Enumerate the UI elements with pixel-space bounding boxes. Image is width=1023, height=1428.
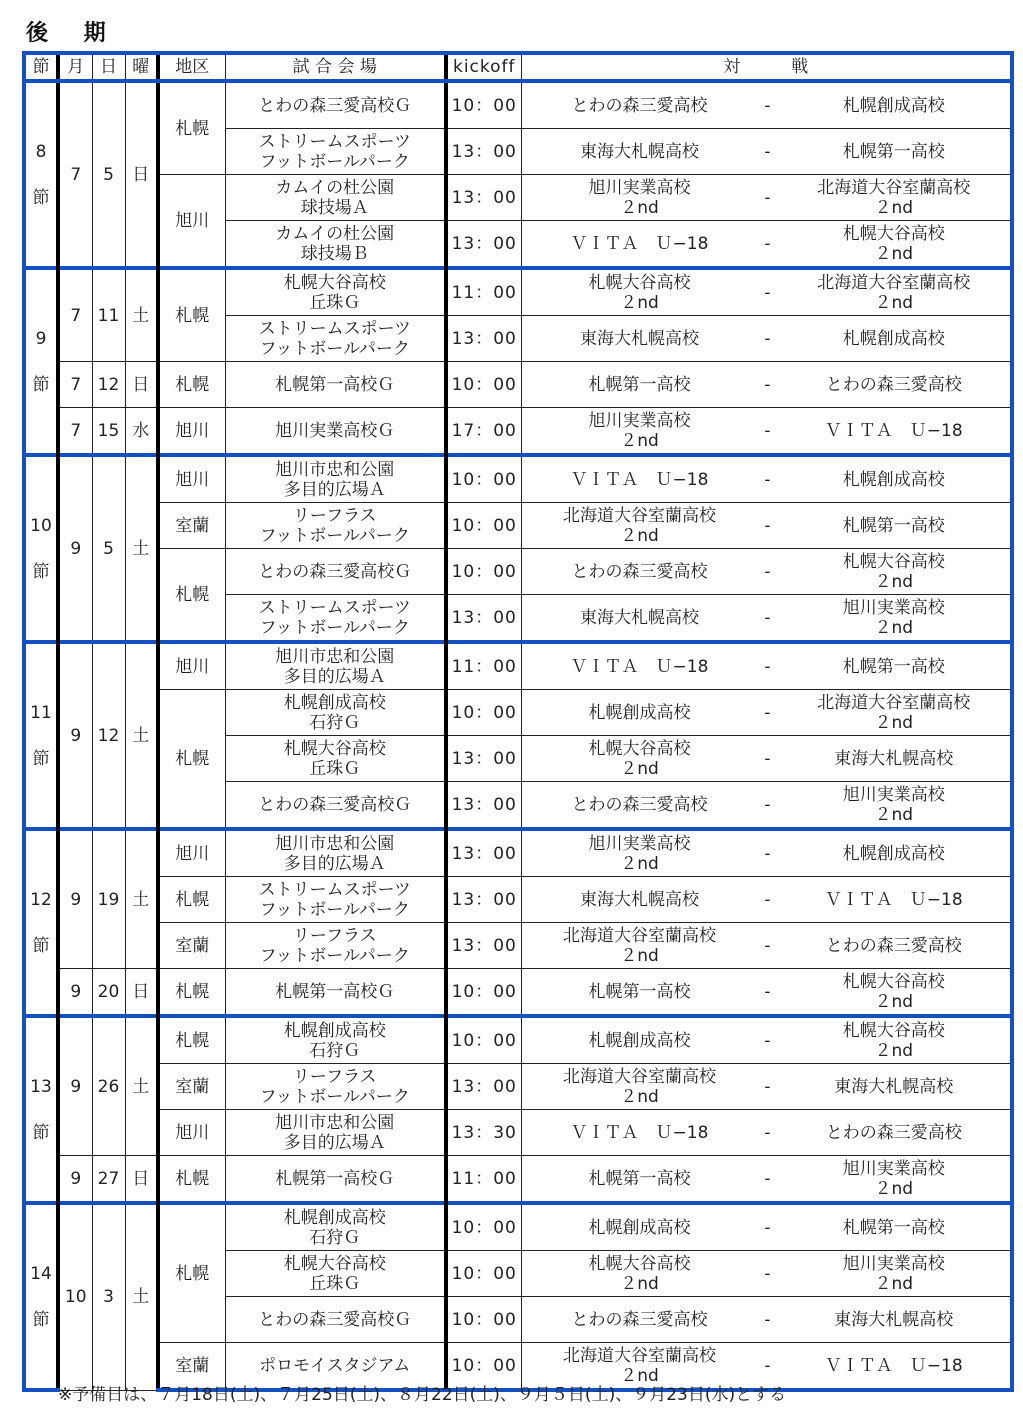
text-line: 札幌大谷高校 [778, 1021, 1011, 1041]
area-cell: 札幌 [158, 1016, 225, 1064]
match-row: 札幌とわの森三愛高校Ｇ10：00 とわの森三愛高校 - 札幌大谷高校２nd [24, 549, 1012, 595]
text-line: とわの森三愛高校Ｇ [226, 1310, 445, 1330]
day-cell: 3 [92, 1203, 125, 1390]
text-line: 札幌大谷高校 [778, 972, 1011, 992]
venue-cell: 札幌創成高校石狩Ｇ [225, 1203, 446, 1251]
area-cell: 札幌 [158, 877, 225, 923]
area-cell: 札幌 [158, 690, 225, 830]
dow-cell: 土 [125, 455, 158, 642]
text-line: ２nd [778, 198, 1011, 218]
text-line: 旭川市忠和公園 [226, 460, 445, 480]
dow-cell: 日 [125, 1156, 158, 1204]
match-cell: ＶＩＴＡ Ｕ−18 - とわの森三愛高校 [521, 1110, 1012, 1156]
versus-dash: - [758, 844, 778, 864]
home-team: 北海道大谷室蘭高校２nd [522, 1067, 758, 1107]
dow-cell: 日 [125, 969, 158, 1017]
text-line: ２nd [522, 198, 758, 218]
venue-cell: リーフラスフットボールパーク [225, 1064, 446, 1110]
text-line: 札幌第一高校 [778, 142, 1011, 162]
setsu-cell: 8節 [24, 81, 58, 268]
venue-cell: カムイの杜公園球技場Ａ [225, 175, 446, 221]
versus-dash: - [758, 516, 778, 536]
header-row: 節 月 日 曜 地区 試 合 会 場 kickoff 対 戦 [24, 53, 1012, 81]
text-line: ２nd [778, 293, 1011, 313]
match-cell: ＶＩＴＡ Ｕ−18 - 札幌第一高校 [521, 642, 1012, 690]
header-match: 対 戦 [521, 53, 1012, 81]
area-cell: 旭川 [158, 408, 225, 456]
versus-dash: - [758, 562, 778, 582]
setsu-cell: 10節 [24, 455, 58, 642]
match-cell: とわの森三愛高校 - 札幌創成高校 [521, 81, 1012, 129]
versus-dash: - [758, 1031, 778, 1051]
match-cell: 東海大札幌高校 - 旭川実業高校２nd [521, 595, 1012, 643]
text-line: 石狩Ｇ [226, 1041, 445, 1061]
text-line: フットボールパーク [226, 618, 445, 638]
kickoff-cell: 13：00 [446, 175, 521, 221]
text-line: 丘珠Ｇ [226, 1274, 445, 1294]
match-cell: 札幌大谷高校２nd - 北海道大谷室蘭高校２nd [521, 268, 1012, 316]
text-line: ２nd [522, 1274, 758, 1294]
home-team: 旭川実業高校２nd [522, 834, 758, 874]
match-row: 8節75日札幌とわの森三愛高校Ｇ10：00 とわの森三愛高校 - 札幌創成高校 [24, 81, 1012, 129]
text-line: ＶＩＴＡ Ｕ−18 [522, 657, 758, 677]
text-line: 旭川市忠和公園 [226, 834, 445, 854]
setsu-label: 節 [26, 562, 56, 582]
away-team: 札幌大谷高校２nd [778, 1021, 1011, 1061]
setsu-number: 9 [26, 329, 56, 349]
text-line: とわの森三愛高校 [778, 375, 1011, 395]
kickoff-cell: 11：00 [446, 1156, 521, 1204]
text-line: とわの森三愛高校 [522, 1310, 758, 1330]
kickoff-cell: 13：00 [446, 129, 521, 175]
venue-cell: 旭川市忠和公園多目的広場Ａ [225, 1110, 446, 1156]
text-line: フットボールパーク [226, 946, 445, 966]
venue-cell: 旭川実業高校Ｇ [225, 408, 446, 456]
versus-dash: - [758, 234, 778, 254]
text-line: ２nd [522, 293, 758, 313]
versus-dash: - [758, 96, 778, 116]
away-team: 札幌第一高校 [778, 657, 1011, 677]
away-team: 札幌第一高校 [778, 1218, 1011, 1238]
text-line: とわの森三愛高校 [522, 96, 758, 116]
text-line: ＶＩＴＡ Ｕ−18 [778, 421, 1011, 441]
text-line: 北海道大谷室蘭高校 [522, 1067, 758, 1087]
text-line: カムイの杜公園 [226, 224, 445, 244]
kickoff-cell: 10：00 [446, 1251, 521, 1297]
home-team: 北海道大谷室蘭高校２nd [522, 926, 758, 966]
kickoff-cell: 13：00 [446, 221, 521, 269]
text-line: 札幌第一高校 [522, 982, 758, 1002]
text-line: 多目的広場Ａ [226, 854, 445, 874]
day-cell: 5 [92, 455, 125, 642]
month-cell: 7 [58, 408, 92, 456]
text-line: 東海大札幌高校 [522, 329, 758, 349]
versus-dash: - [758, 1356, 778, 1376]
text-line: リーフラス [226, 926, 445, 946]
versus-dash: - [758, 283, 778, 303]
kickoff-cell: 10：00 [446, 81, 521, 129]
text-line: 旭川実業高校Ｇ [226, 421, 445, 441]
text-line: ２nd [522, 1087, 758, 1107]
venue-cell: とわの森三愛高校Ｇ [225, 782, 446, 830]
home-team: 札幌第一高校 [522, 1169, 758, 1189]
home-team: ＶＩＴＡ Ｕ−18 [522, 470, 758, 490]
away-team: 旭川実業高校２nd [778, 785, 1011, 825]
match-row: 11節912土旭川旭川市忠和公園多目的広場Ａ11：00 ＶＩＴＡ Ｕ−18 - … [24, 642, 1012, 690]
setsu-label: 節 [26, 1310, 56, 1330]
text-line: 札幌大谷高校 [778, 552, 1011, 572]
text-line: 札幌創成高校 [226, 1021, 445, 1041]
away-team: 札幌創成高校 [778, 96, 1011, 116]
home-team: とわの森三愛高校 [522, 96, 758, 116]
venue-cell: 札幌大谷高校丘珠Ｇ [225, 736, 446, 782]
text-line: 札幌第一高校 [522, 375, 758, 395]
match-row: 712日札幌札幌第一高校Ｇ10：00 札幌第一高校 - とわの森三愛高校 [24, 362, 1012, 408]
versus-dash: - [758, 375, 778, 395]
area-cell: 札幌 [158, 1156, 225, 1204]
kickoff-cell: 10：00 [446, 1297, 521, 1343]
text-line: 札幌第一高校Ｇ [226, 375, 445, 395]
versus-dash: - [758, 795, 778, 815]
text-line: とわの森三愛高校 [522, 795, 758, 815]
kickoff-cell: 17：00 [446, 408, 521, 456]
kickoff-cell: 10：00 [446, 503, 521, 549]
dow-cell: 土 [125, 829, 158, 969]
area-cell: 室蘭 [158, 1064, 225, 1110]
text-line: 東海大札幌高校 [778, 1077, 1011, 1097]
match-cell: ＶＩＴＡ Ｕ−18 - 札幌創成高校 [521, 455, 1012, 503]
versus-dash: - [758, 890, 778, 910]
text-line: リーフラス [226, 506, 445, 526]
text-line: 球技場Ａ [226, 198, 445, 218]
text-line: 球技場Ｂ [226, 244, 445, 264]
match-row: 室蘭リーフラスフットボールパーク13：00 北海道大谷室蘭高校２nd - とわの… [24, 923, 1012, 969]
text-line: 札幌創成高校 [226, 693, 445, 713]
setsu-cell: 13節 [24, 1016, 58, 1203]
match-cell: 東海大札幌高校 - 札幌創成高校 [521, 316, 1012, 362]
venue-cell: とわの森三愛高校Ｇ [225, 81, 446, 129]
area-cell: 旭川 [158, 829, 225, 877]
kickoff-cell: 13：00 [446, 923, 521, 969]
versus-dash: - [758, 1218, 778, 1238]
setsu-label: 節 [26, 936, 56, 956]
setsu-cell: 9節 [24, 268, 58, 455]
setsu-label: 節 [26, 749, 56, 769]
dow-cell: 土 [125, 1203, 158, 1390]
versus-dash: - [758, 936, 778, 956]
text-line: フットボールパーク [226, 339, 445, 359]
dow-cell: 日 [125, 81, 158, 268]
match-row: 札幌札幌創成高校石狩Ｇ10：00 札幌創成高校 - 北海道大谷室蘭高校２nd [24, 690, 1012, 736]
kickoff-cell: 11：00 [446, 642, 521, 690]
text-line: カムイの杜公園 [226, 178, 445, 198]
away-team: 旭川実業高校２nd [778, 1254, 1011, 1294]
home-team: とわの森三愛高校 [522, 795, 758, 815]
text-line: とわの森三愛高校Ｇ [226, 562, 445, 582]
versus-dash: - [758, 1310, 778, 1330]
home-team: 東海大札幌高校 [522, 142, 758, 162]
area-cell: 札幌 [158, 268, 225, 362]
setsu-label: 節 [26, 1123, 56, 1143]
text-line: とわの森三愛高校Ｇ [226, 795, 445, 815]
month-cell: 9 [58, 1016, 92, 1156]
text-line: ＶＩＴＡ Ｕ−18 [522, 1123, 758, 1143]
header-dow: 曜 [125, 53, 158, 81]
venue-cell: とわの森三愛高校Ｇ [225, 549, 446, 595]
dow-cell: 土 [125, 642, 158, 829]
match-row: 13節926土札幌札幌創成高校石狩Ｇ10：00 札幌創成高校 - 札幌大谷高校２… [24, 1016, 1012, 1064]
match-row: 9節711土札幌札幌大谷高校丘珠Ｇ11：00 札幌大谷高校２nd - 北海道大谷… [24, 268, 1012, 316]
kickoff-cell: 13：00 [446, 1064, 521, 1110]
text-line: フットボールパーク [226, 900, 445, 920]
match-row: 12節919土旭川旭川市忠和公園多目的広場Ａ13：00 旭川実業高校２nd - … [24, 829, 1012, 877]
text-line: 東海大札幌高校 [778, 1310, 1011, 1330]
match-row: 室蘭リーフラスフットボールパーク10：00 北海道大谷室蘭高校２nd - 札幌第… [24, 503, 1012, 549]
header-month: 月 [58, 53, 92, 81]
text-line: ２nd [522, 759, 758, 779]
text-line: ２nd [522, 946, 758, 966]
header-setsu: 節 [24, 53, 58, 81]
venue-cell: ストリームスポーツフットボールパーク [225, 877, 446, 923]
kickoff-cell: 13：30 [446, 1110, 521, 1156]
month-cell: 9 [58, 642, 92, 829]
text-line: 札幌大谷高校 [522, 273, 758, 293]
text-line: 北海道大谷室蘭高校 [522, 506, 758, 526]
away-team: 東海大札幌高校 [778, 1310, 1011, 1330]
text-line: 札幌創成高校 [778, 844, 1011, 864]
day-cell: 15 [92, 408, 125, 456]
dow-cell: 土 [125, 268, 158, 362]
header-area: 地区 [158, 53, 225, 81]
text-line: ２nd [778, 1041, 1011, 1061]
venue-cell: リーフラスフットボールパーク [225, 923, 446, 969]
home-team: 旭川実業高校２nd [522, 178, 758, 218]
setsu-label: 節 [26, 188, 56, 208]
text-line: 札幌大谷高校 [226, 1254, 445, 1274]
text-line: 札幌第一高校Ｇ [226, 982, 445, 1002]
kickoff-cell: 10：00 [446, 1016, 521, 1064]
venue-cell: 札幌創成高校石狩Ｇ [225, 1016, 446, 1064]
text-line: ストリームスポーツ [226, 132, 445, 152]
header-day: 日 [92, 53, 125, 81]
text-line: ２nd [522, 431, 758, 451]
home-team: 札幌創成高校 [522, 703, 758, 723]
text-line: ２nd [778, 992, 1011, 1012]
match-row: 927日札幌札幌第一高校Ｇ11：00 札幌第一高校 - 旭川実業高校２nd [24, 1156, 1012, 1204]
schedule-body: 8節75日札幌とわの森三愛高校Ｇ10：00 とわの森三愛高校 - 札幌創成高校 … [24, 81, 1012, 1390]
home-team: 東海大札幌高校 [522, 890, 758, 910]
venue-cell: 札幌第一高校Ｇ [225, 362, 446, 408]
kickoff-cell: 13：00 [446, 595, 521, 643]
setsu-number: 12 [26, 890, 56, 910]
dow-cell: 日 [125, 362, 158, 408]
text-line: ２nd [778, 618, 1011, 638]
month-cell: 9 [58, 969, 92, 1017]
away-team: 北海道大谷室蘭高校２nd [778, 178, 1011, 218]
match-cell: 札幌創成高校 - 北海道大谷室蘭高校２nd [521, 690, 1012, 736]
text-line: ストリームスポーツ [226, 598, 445, 618]
area-cell: 旭川 [158, 175, 225, 269]
text-line: 旭川市忠和公園 [226, 647, 445, 667]
match-cell: とわの森三愛高校 - 旭川実業高校２nd [521, 782, 1012, 830]
venue-cell: 札幌創成高校石狩Ｇ [225, 690, 446, 736]
versus-dash: - [758, 982, 778, 1002]
away-team: 札幌大谷高校２nd [778, 224, 1011, 264]
month-cell: 9 [58, 1156, 92, 1204]
text-line: リーフラス [226, 1067, 445, 1087]
area-cell: 室蘭 [158, 503, 225, 549]
month-cell: 9 [58, 455, 92, 642]
versus-dash: - [758, 421, 778, 441]
match-cell: 旭川実業高校２nd - 北海道大谷室蘭高校２nd [521, 175, 1012, 221]
home-team: 旭川実業高校２nd [522, 411, 758, 451]
away-team: 札幌第一高校 [778, 516, 1011, 536]
venue-cell: ストリームスポーツフットボールパーク [225, 316, 446, 362]
setsu-cell: 12節 [24, 829, 58, 1016]
month-cell: 10 [58, 1203, 92, 1390]
versus-dash: - [758, 1169, 778, 1189]
text-line: 旭川実業高校 [522, 411, 758, 431]
home-team: 北海道大谷室蘭高校２nd [522, 506, 758, 546]
text-line: 札幌創成高校 [778, 470, 1011, 490]
text-line: 旭川実業高校 [778, 1254, 1011, 1274]
area-cell: 旭川 [158, 455, 225, 503]
match-row: 旭川カムイの杜公園球技場Ａ13：00 旭川実業高校２nd - 北海道大谷室蘭高校… [24, 175, 1012, 221]
text-line: 旭川実業高校 [522, 834, 758, 854]
match-row: 715水旭川旭川実業高校Ｇ17：00 旭川実業高校２nd - ＶＩＴＡ Ｕ−18 [24, 408, 1012, 456]
month-cell: 7 [58, 268, 92, 362]
versus-dash: - [758, 1123, 778, 1143]
text-line: ２nd [522, 854, 758, 874]
setsu-cell: 11節 [24, 642, 58, 829]
text-line: ２nd [778, 244, 1011, 264]
text-line: 東海大札幌高校 [778, 749, 1011, 769]
home-team: ＶＩＴＡ Ｕ−18 [522, 234, 758, 254]
text-line: とわの森三愛高校Ｇ [226, 96, 445, 116]
setsu-number: 14 [26, 1264, 56, 1284]
kickoff-cell: 10：00 [446, 549, 521, 595]
text-line: ポロモイスタジアム [226, 1356, 445, 1376]
home-team: 札幌大谷高校２nd [522, 1254, 758, 1294]
match-row: 10節95土旭川旭川市忠和公園多目的広場Ａ10：00 ＶＩＴＡ Ｕ−18 - 札… [24, 455, 1012, 503]
home-team: 札幌創成高校 [522, 1031, 758, 1051]
text-line: ストリームスポーツ [226, 880, 445, 900]
match-cell: 東海大札幌高校 - ＶＩＴＡ Ｕ−18 [521, 877, 1012, 923]
area-cell: 札幌 [158, 969, 225, 1017]
text-line: 多目的広場Ａ [226, 667, 445, 687]
area-cell: 札幌 [158, 549, 225, 643]
away-team: 旭川実業高校２nd [778, 1159, 1011, 1199]
home-team: 札幌第一高校 [522, 982, 758, 1002]
text-line: 北海道大谷室蘭高校 [778, 693, 1011, 713]
home-team: 札幌大谷高校２nd [522, 273, 758, 313]
away-team: 旭川実業高校２nd [778, 598, 1011, 638]
match-row: 旭川旭川市忠和公園多目的広場Ａ13：30 ＶＩＴＡ Ｕ−18 - とわの森三愛高… [24, 1110, 1012, 1156]
kickoff-cell: 10：00 [446, 362, 521, 408]
venue-cell: 札幌大谷高校丘珠Ｇ [225, 268, 446, 316]
versus-dash: - [758, 1077, 778, 1097]
text-line: ２nd [778, 1274, 1011, 1294]
text-line: 東海大札幌高校 [522, 608, 758, 628]
dow-cell: 土 [125, 1016, 158, 1156]
text-line: フットボールパーク [226, 526, 445, 546]
text-line: 北海道大谷室蘭高校 [778, 273, 1011, 293]
text-line: 北海道大谷室蘭高校 [522, 1346, 758, 1366]
kickoff-cell: 13：00 [446, 829, 521, 877]
match-cell: 札幌創成高校 - 札幌第一高校 [521, 1203, 1012, 1251]
away-team: 札幌大谷高校２nd [778, 552, 1011, 592]
match-cell: 北海道大谷室蘭高校２nd - とわの森三愛高校 [521, 923, 1012, 969]
text-line: ２nd [778, 713, 1011, 733]
setsu-number: 13 [26, 1077, 56, 1097]
page-title: 後 期 [26, 16, 120, 47]
text-line: ２nd [522, 526, 758, 546]
match-row: 14節103土札幌札幌創成高校石狩Ｇ10：00 札幌創成高校 - 札幌第一高校 [24, 1203, 1012, 1251]
text-line: 北海道大谷室蘭高校 [522, 926, 758, 946]
dow-cell: 水 [125, 408, 158, 456]
text-line: 札幌創成高校 [522, 1031, 758, 1051]
setsu-cell: 14節 [24, 1203, 58, 1390]
area-cell: 旭川 [158, 642, 225, 690]
text-line: ２nd [778, 1179, 1011, 1199]
kickoff-cell: 10：00 [446, 969, 521, 1017]
text-line: 旭川実業高校 [778, 1159, 1011, 1179]
away-team: とわの森三愛高校 [778, 936, 1011, 956]
match-cell: 北海道大谷室蘭高校２nd - 東海大札幌高校 [521, 1064, 1012, 1110]
away-team: 北海道大谷室蘭高校２nd [778, 273, 1011, 313]
setsu-label: 節 [26, 375, 56, 395]
match-cell: とわの森三愛高校 - 札幌大谷高校２nd [521, 549, 1012, 595]
text-line: 札幌創成高校 [522, 1218, 758, 1238]
text-line: 多目的広場Ａ [226, 1133, 445, 1153]
away-team: ＶＩＴＡ Ｕ−18 [778, 890, 1011, 910]
text-line: フットボールパーク [226, 1087, 445, 1107]
month-cell: 7 [58, 362, 92, 408]
text-line: ＶＩＴＡ Ｕ−18 [778, 890, 1011, 910]
text-line: 東海大札幌高校 [522, 142, 758, 162]
venue-cell: 旭川市忠和公園多目的広場Ａ [225, 829, 446, 877]
versus-dash: - [758, 470, 778, 490]
text-line: ストリームスポーツ [226, 319, 445, 339]
text-line: ２nd [778, 805, 1011, 825]
match-cell: 札幌第一高校 - 札幌大谷高校２nd [521, 969, 1012, 1017]
venue-cell: カムイの杜公園球技場Ｂ [225, 221, 446, 269]
kickoff-cell: 13：00 [446, 316, 521, 362]
away-team: ＶＩＴＡ Ｕ−18 [778, 421, 1011, 441]
home-team: 札幌創成高校 [522, 1218, 758, 1238]
venue-cell: 旭川市忠和公園多目的広場Ａ [225, 642, 446, 690]
home-team: とわの森三愛高校 [522, 1310, 758, 1330]
match-cell: 北海道大谷室蘭高校２nd - 札幌第一高校 [521, 503, 1012, 549]
versus-dash: - [758, 1264, 778, 1284]
text-line: 旭川実業高校 [778, 598, 1011, 618]
text-line: 札幌第一高校 [778, 1218, 1011, 1238]
text-line: 札幌第一高校 [522, 1169, 758, 1189]
kickoff-cell: 10：00 [446, 1203, 521, 1251]
match-cell: 東海大札幌高校 - 札幌第一高校 [521, 129, 1012, 175]
area-cell: 札幌 [158, 362, 225, 408]
home-team: 札幌大谷高校２nd [522, 739, 758, 779]
text-line: 石狩Ｇ [226, 713, 445, 733]
area-cell: 旭川 [158, 1110, 225, 1156]
header-kickoff: kickoff [446, 53, 521, 81]
match-cell: とわの森三愛高校 - 東海大札幌高校 [521, 1297, 1012, 1343]
venue-cell: 札幌第一高校Ｇ [225, 969, 446, 1017]
versus-dash: - [758, 188, 778, 208]
versus-dash: - [758, 657, 778, 677]
text-line: とわの森三愛高校 [778, 936, 1011, 956]
text-line: 札幌大谷高校 [778, 224, 1011, 244]
